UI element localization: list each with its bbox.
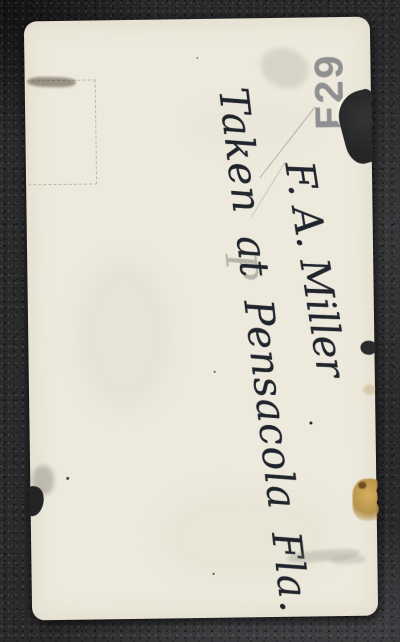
dust-speck [214, 371, 216, 373]
dust-speck [196, 57, 198, 59]
dust-speck [66, 477, 69, 480]
stain-dark-spot [358, 482, 366, 489]
edge-nick-right [359, 339, 377, 355]
paper-mottle [75, 259, 173, 410]
pencil-smudge [331, 555, 365, 565]
photo-paper: E29 P F. A. Miller Taken at Pensacola Fl… [24, 17, 378, 621]
stamp-box-outline [27, 79, 97, 185]
stamp-box-smudge [28, 77, 76, 88]
handwriting-name-line: F. A. Miller [276, 158, 353, 380]
dust-speck [213, 573, 215, 575]
ink-dot [309, 421, 312, 424]
tan-spot [363, 385, 376, 395]
photo-back-card: E29 P F. A. Miller Taken at Pensacola Fl… [24, 17, 378, 621]
album-page-background: E29 P F. A. Miller Taken at Pensacola Fl… [0, 0, 400, 642]
